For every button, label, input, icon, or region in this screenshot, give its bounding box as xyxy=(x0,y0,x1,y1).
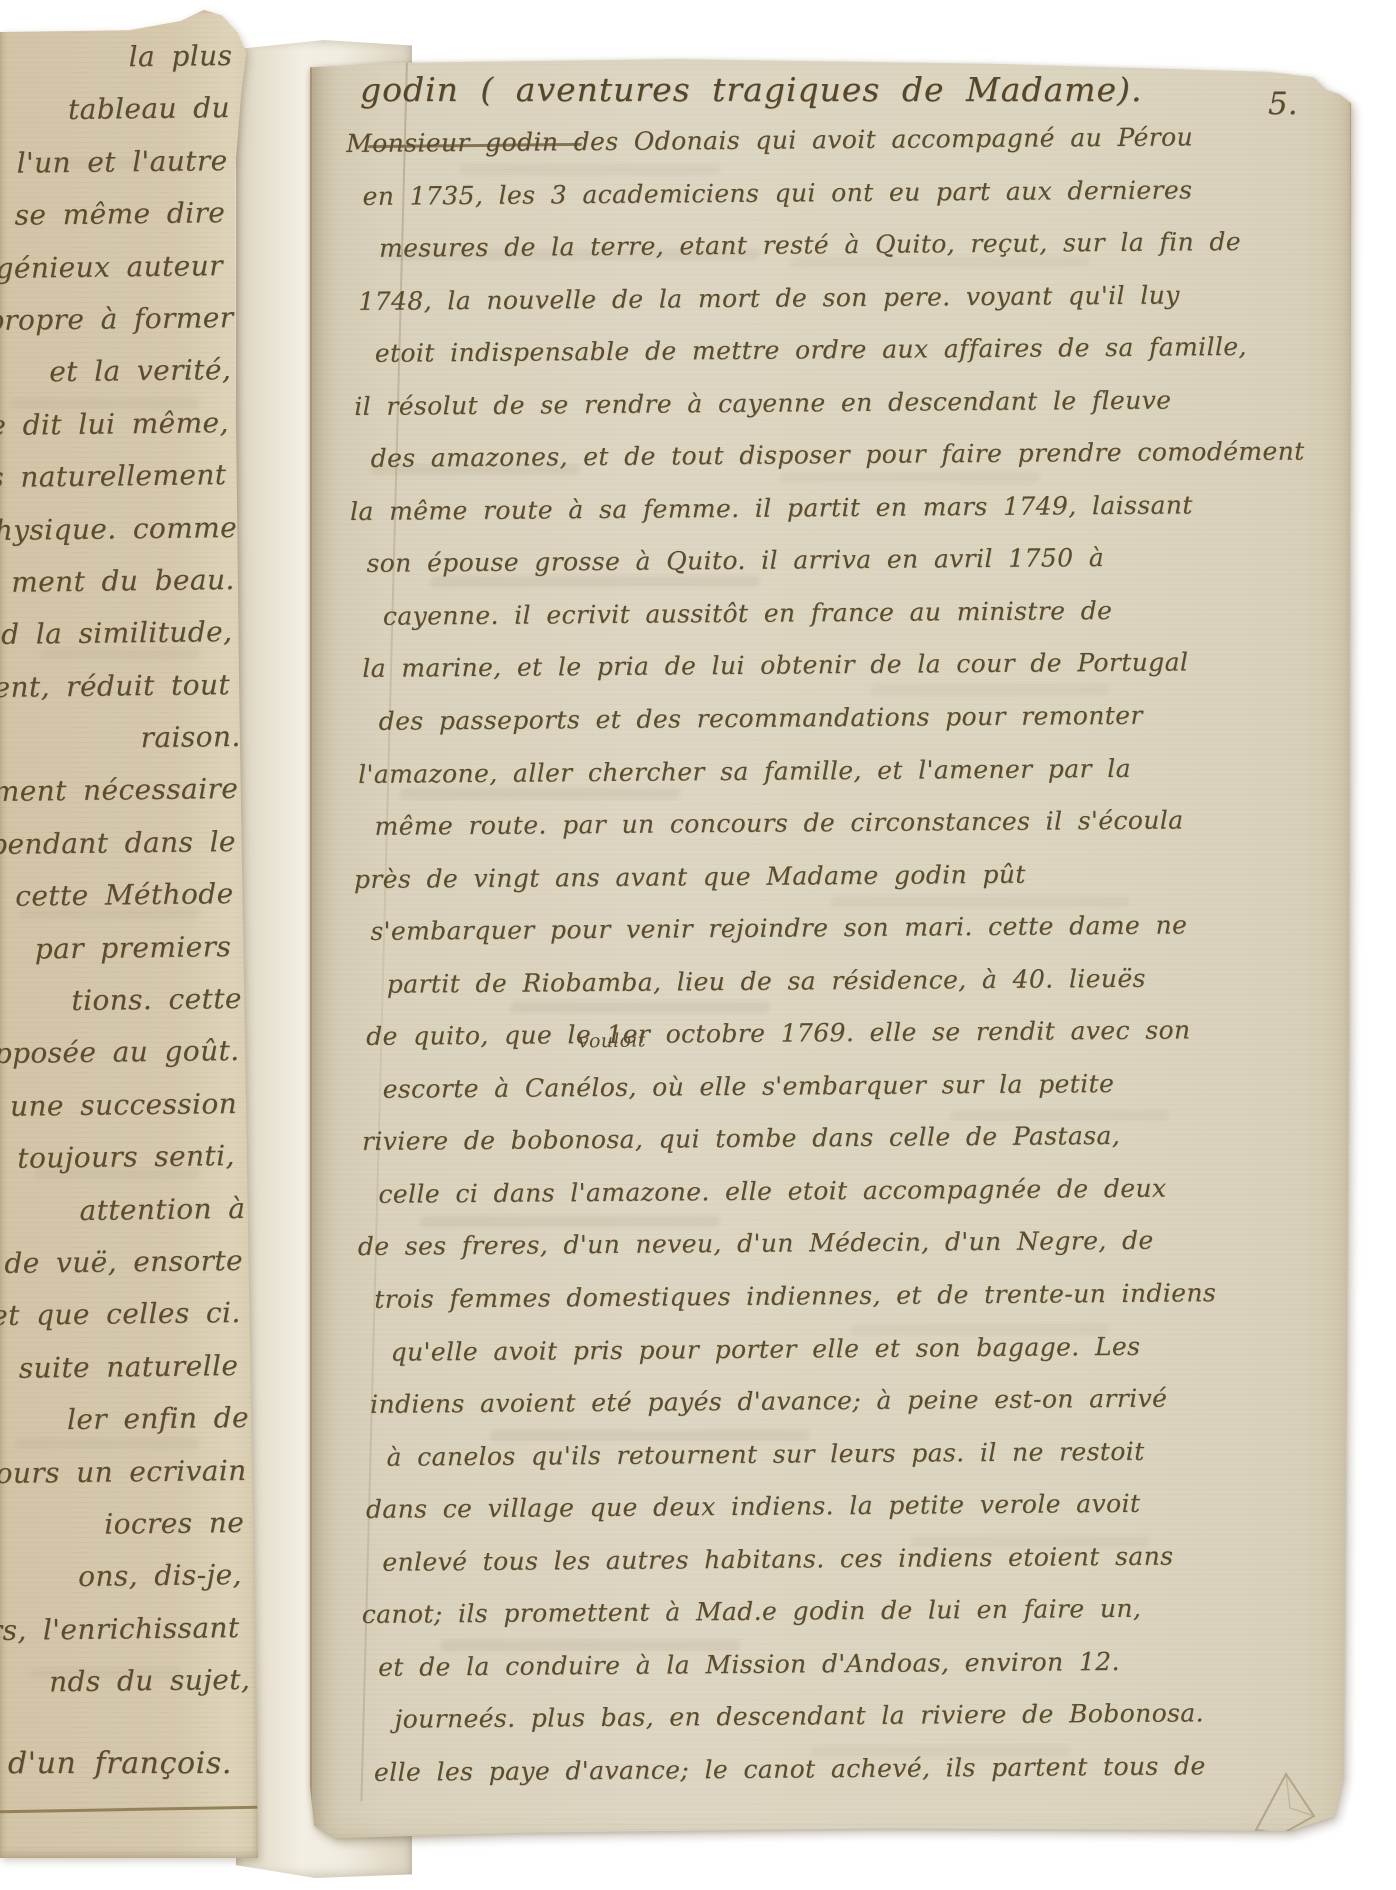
manuscript-line: lement nécessaire xyxy=(0,763,242,821)
manuscript-line: en 1735, les 3 academiciens qui ont eu p… xyxy=(346,163,1346,223)
manuscript-line: suite naturelle xyxy=(0,1340,249,1398)
manuscript-line: la même route à sa femme. il partit en m… xyxy=(349,478,1349,538)
manuscript-line: près de vingt ans avant que Madame godin… xyxy=(352,846,1352,906)
manuscript-line: et de la conduire à la Mission d'Andoas,… xyxy=(358,1634,1352,1694)
manuscript-line: jours un ecrivain xyxy=(0,1444,250,1502)
manuscript-line: attention à xyxy=(0,1183,247,1241)
manuscript-line: génieux auteur xyxy=(0,240,235,298)
manuscript-line: ependant dans le xyxy=(0,816,242,874)
manuscript-line: il résolut de se rendre à cayenne en des… xyxy=(348,373,1348,433)
manuscript-line: des passeports et des recommandations po… xyxy=(351,688,1351,748)
entry-title: godin ( aventures tragiques de Madame). xyxy=(360,70,1142,109)
left-page: la plustableau due, l'un et l'autrese mê… xyxy=(0,8,258,1858)
manuscript-line: journeés. plus bas, en descendant la riv… xyxy=(358,1687,1352,1747)
manuscript-line: and la similitude, xyxy=(0,606,240,664)
manuscript-line: e, l'un et l'autre xyxy=(0,135,234,193)
manuscript-line: la plus xyxy=(0,30,233,88)
manuscript-line: escorte à Canélos, où elle s'embarquer s… xyxy=(353,1056,1352,1116)
interlinear-insertion: vouloit xyxy=(578,1029,646,1052)
manuscript-line: s'embarquer pour venir rejoindre son mar… xyxy=(352,898,1352,958)
manuscript-line: partit de Riobamba, lieu de sa résidence… xyxy=(353,951,1352,1011)
manuscript-spread: la plustableau due, l'un et l'autrese mê… xyxy=(0,0,1396,1890)
manuscript-line: pposée au goût. xyxy=(0,1025,245,1083)
manuscript-line: la marine, et le pria de lui obtenir de … xyxy=(350,636,1350,696)
catchword-line: es d'un françois. xyxy=(0,1746,232,1781)
manuscript-line: dans ce village que deux indiens. la pet… xyxy=(357,1476,1352,1536)
manuscript-line: toujours senti, xyxy=(0,1130,246,1188)
manuscript-line: à canelos qu'ils retournent sur leurs pa… xyxy=(356,1424,1352,1484)
manuscript-line: raison. xyxy=(0,711,241,769)
manuscript-line: des amazones, et de tout disposer pour f… xyxy=(348,425,1348,485)
manuscript-line: de ses freres, d'un neveu, d'un Médecin,… xyxy=(355,1214,1352,1274)
manuscript-line: enlevé tous les autres habitans. ces ind… xyxy=(357,1529,1352,1589)
manuscript-line: ons, dis-je, xyxy=(0,1549,251,1607)
manuscript-line: trois femmes domestiques indiennes, et d… xyxy=(355,1266,1352,1326)
manuscript-line: de quito, que le 1er octobre 1769. elle … xyxy=(353,1003,1352,1063)
manuscript-line: chons naturellement xyxy=(0,449,238,507)
dog-ear-mark xyxy=(1252,1764,1324,1838)
manuscript-line: son épouse grosse à Quito. il arriva en … xyxy=(349,531,1349,591)
manuscript-line: nds du sujet, xyxy=(0,1654,252,1712)
manuscript-line: iocres ne xyxy=(0,1497,251,1555)
manuscript-line: qu'elle avoit pris pour porter elle et s… xyxy=(355,1319,1352,1379)
manuscript-line: celle ci dans l'amazone. elle etoit acco… xyxy=(354,1161,1352,1221)
manuscript-line: elle les paye d'avance; le canot achevé,… xyxy=(359,1739,1352,1799)
manuscript-line: tions. cette xyxy=(0,973,244,1031)
manuscript-line: canot; ils promettent à Mad.e godin de l… xyxy=(358,1581,1352,1641)
manuscript-line: se même dire xyxy=(0,187,235,245)
manuscript-line: ler enfin de xyxy=(0,1392,249,1450)
manuscript-line: propre à former xyxy=(0,292,236,350)
manuscript-line: il le dit lui même, xyxy=(0,397,237,455)
manuscript-line: mesures de la terre, etant resté à Quito… xyxy=(347,215,1347,275)
manuscript-line: par premiers xyxy=(0,921,244,979)
manuscript-line: ment du beau. xyxy=(0,554,239,612)
manuscript-line: indiens avoient eté payés d'avance; à pe… xyxy=(356,1371,1352,1431)
manuscript-line: cayenne. il ecrivit aussitôt en france a… xyxy=(350,583,1350,643)
manuscript-line: et la verité, xyxy=(0,344,236,402)
manuscript-line: riviere de bobonosa, qui tombe dans cell… xyxy=(354,1109,1352,1169)
manuscript-line: l'amazone, aller chercher sa famille, et… xyxy=(351,741,1351,801)
right-page-text: Monsieur godin des Odonais qui avoit acc… xyxy=(346,110,1352,1799)
manuscript-line: Monsieur godin des Odonais qui avoit acc… xyxy=(346,110,1346,170)
manuscript-line: et que celles ci. xyxy=(0,1287,248,1345)
manuscript-line: e physique. comme xyxy=(0,501,238,559)
manuscript-line: iment, réduit tout xyxy=(0,659,240,717)
manuscript-line: de vuë, ensorte xyxy=(0,1235,247,1293)
manuscript-line: cours, l'enrichissant xyxy=(0,1602,252,1660)
left-page-text: la plustableau due, l'un et l'autrese mê… xyxy=(0,30,252,1712)
left-page-shadow: la plustableau due, l'un et l'autrese mê… xyxy=(0,0,258,1858)
manuscript-line: une succession xyxy=(0,1078,245,1136)
manuscript-line: même route. par un concours de circonsta… xyxy=(351,793,1351,853)
footer-underline xyxy=(0,1806,258,1814)
right-page: godin ( aventures tragiques de Madame). … xyxy=(310,44,1352,1840)
manuscript-line: etoit indispensable de mettre ordre aux … xyxy=(348,320,1348,380)
manuscript-line: 1748, la nouvelle de la mort de son pere… xyxy=(347,268,1347,328)
manuscript-line: tableau du xyxy=(0,82,233,140)
manuscript-line: cette Méthode xyxy=(0,868,243,926)
